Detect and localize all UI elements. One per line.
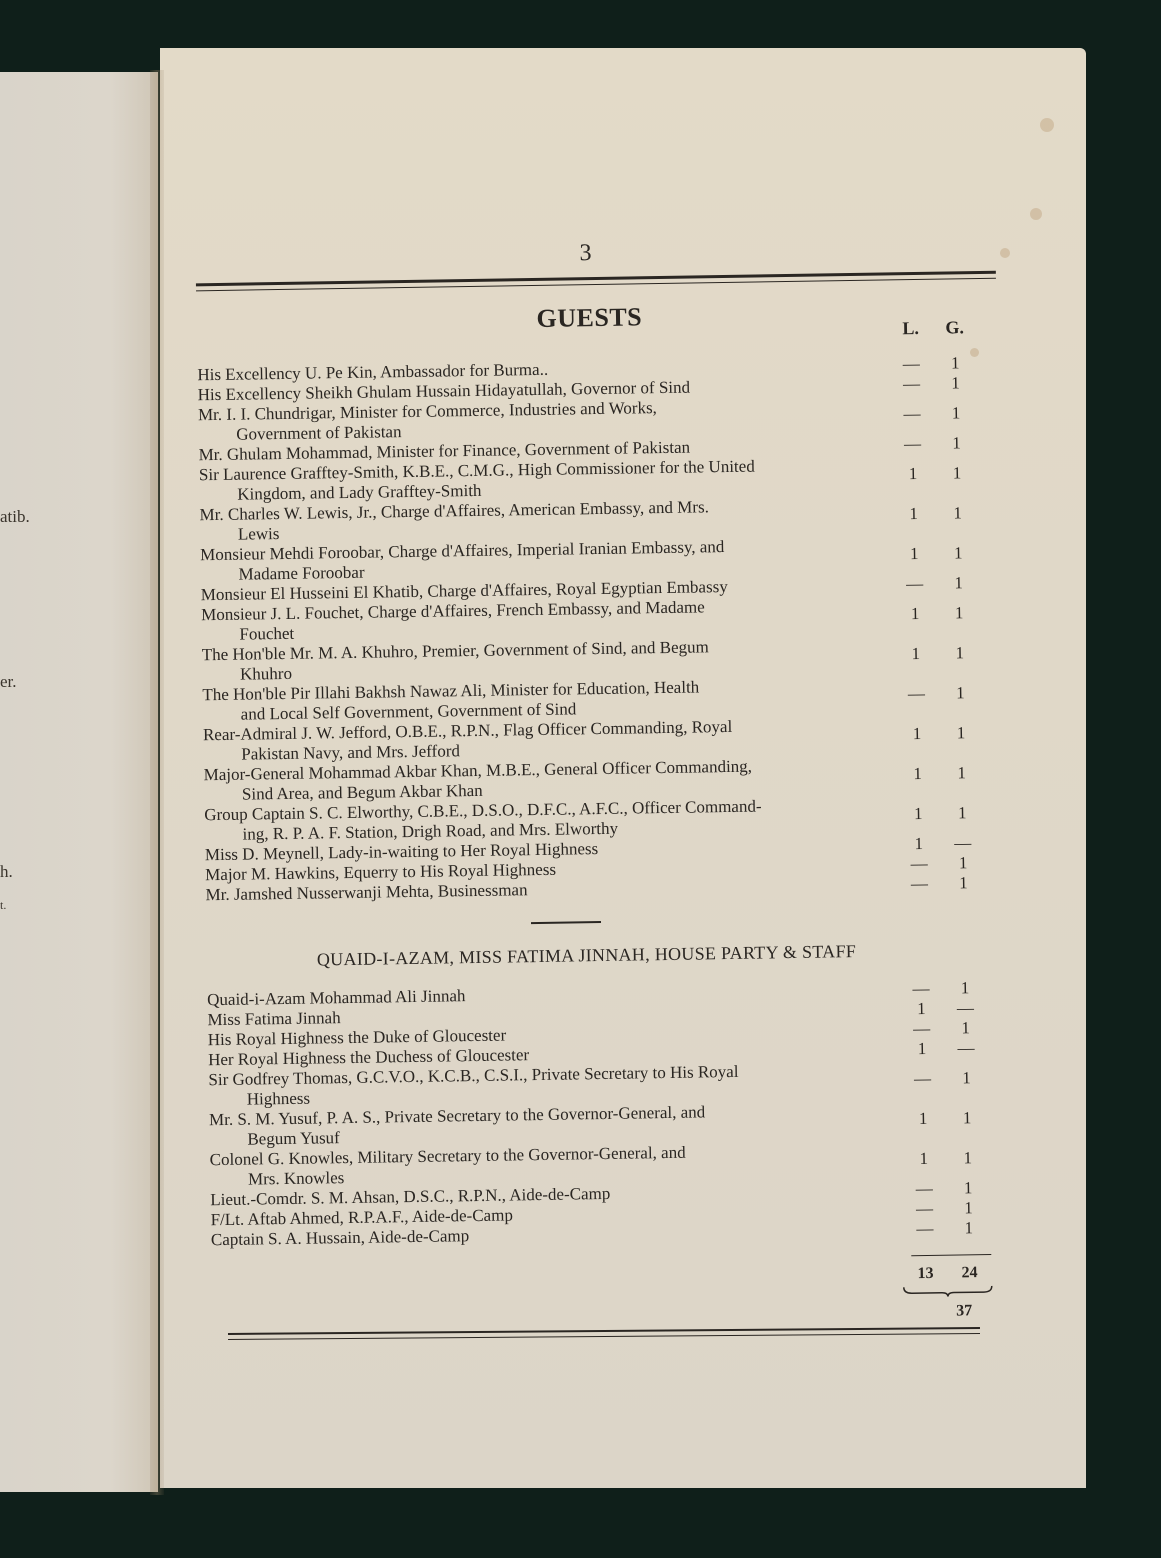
count-g: 1	[933, 353, 977, 374]
paper-stain	[1000, 248, 1010, 258]
count-g: 1	[935, 503, 979, 524]
total-g: 24	[947, 1264, 991, 1283]
house-party-list: Quaid-i-Azam Mohammad Ali Jinnah—1Miss F…	[207, 978, 1011, 1251]
entry-counts: 11	[893, 603, 981, 624]
entry-counts: —1	[897, 873, 985, 894]
count-g: 1	[939, 723, 983, 744]
count-l: 1	[891, 504, 935, 525]
count-l: —	[890, 434, 934, 455]
count-l: —	[902, 1199, 946, 1220]
count-g: 1	[941, 853, 985, 874]
entry-counts: —1	[889, 373, 977, 394]
entry-counts: 11	[891, 503, 979, 524]
entry-counts: 11	[896, 763, 984, 784]
entry-counts: —1	[902, 1198, 990, 1219]
count-l: 1	[894, 644, 938, 665]
left-page-fragment: t.	[0, 898, 6, 913]
count-g: 1	[934, 403, 978, 424]
count-g: 1	[933, 373, 977, 394]
count-l: 1	[891, 464, 935, 485]
count-g: 1	[938, 683, 982, 704]
left-page: atib. er. h. t.	[0, 72, 158, 1492]
section-title-house-party: QUAID-I-AZAM, MISS FATIMA JINNAH, HOUSE …	[186, 939, 986, 973]
guests-list: His Excellency U. Pe Kin, Ambassador for…	[197, 353, 1005, 905]
entry-counts: —1	[890, 433, 978, 454]
entry-counts: —1	[889, 353, 977, 374]
entry-counts: —1	[902, 1178, 990, 1199]
top-rule	[196, 271, 996, 292]
count-l: —	[900, 1069, 944, 1090]
count-g: 1	[940, 803, 984, 824]
count-l: —	[899, 979, 943, 1000]
left-page-fragment: h.	[0, 862, 13, 882]
count-l: 1	[897, 834, 941, 855]
count-l: 1	[902, 1149, 946, 1170]
count-g: 1	[940, 763, 984, 784]
count-g: 1	[946, 1198, 990, 1219]
entry-counts: 11	[894, 643, 982, 664]
totals-values: 1324	[903, 1264, 991, 1283]
entry-counts: 11	[902, 1148, 990, 1169]
count-g: 1	[936, 543, 980, 564]
entry-counts: —1	[900, 1018, 988, 1039]
count-l: 1	[892, 544, 936, 565]
count-g: —	[941, 833, 985, 854]
document-body: 3 GUESTS L.G. His Excellency U. Pe Kin, …	[195, 234, 1012, 1350]
count-l: —	[897, 854, 941, 875]
count-g: 1	[934, 433, 978, 454]
entry-counts: —1	[893, 573, 981, 594]
brace-icon	[902, 1284, 994, 1297]
column-headers: L.G.	[889, 317, 977, 339]
column-header-l: L.	[889, 318, 933, 340]
entry-counts: —1	[903, 1218, 991, 1239]
left-page-fragment: er.	[0, 672, 17, 692]
count-l: 1	[901, 1109, 945, 1130]
paper-stain	[1040, 118, 1054, 132]
section-divider	[531, 921, 601, 924]
entry-counts: —1	[897, 853, 985, 874]
entry-counts: 1—	[897, 833, 985, 854]
entry-text: Mr. Jamshed Nusserwanji Mehta, Businessm…	[205, 880, 527, 904]
count-g: 1	[935, 463, 979, 484]
book-spine	[150, 70, 164, 1495]
count-g: 1	[938, 643, 982, 664]
count-l: —	[900, 1019, 944, 1040]
count-l: 1	[896, 804, 940, 825]
count-g: —	[944, 1038, 988, 1059]
count-g: 1	[937, 603, 981, 624]
grand-total: 37	[956, 1302, 972, 1320]
entry-counts: 1—	[899, 998, 987, 1019]
entry-counts: 11	[892, 543, 980, 564]
count-g: —	[943, 998, 987, 1019]
count-g: 1	[945, 1108, 989, 1129]
count-l: 1	[899, 999, 943, 1020]
entry-text: Captain S. A. Hussain, Aide-de-Camp	[211, 1226, 470, 1249]
entry-counts: —1	[894, 683, 982, 704]
count-g: 1	[946, 1148, 990, 1169]
section-title-guests: GUESTS	[536, 302, 642, 334]
count-l: —	[893, 574, 937, 595]
count-l: 1	[896, 764, 940, 785]
count-l: —	[903, 1219, 947, 1240]
count-g: 1	[937, 573, 981, 594]
count-l: —	[890, 404, 934, 425]
entry-counts: 11	[895, 723, 983, 744]
totals-rule	[911, 1254, 991, 1256]
count-l: —	[902, 1179, 946, 1200]
entry-text: Miss Fatima Jinnah	[207, 1008, 340, 1029]
count-g: 1	[944, 1068, 988, 1089]
count-l: 1	[895, 724, 939, 745]
entry-counts: —1	[890, 403, 978, 424]
count-l: —	[889, 354, 933, 375]
count-l: —	[889, 374, 933, 395]
count-g: 1	[944, 1018, 988, 1039]
count-l: —	[894, 684, 938, 705]
count-l: 1	[893, 604, 937, 625]
count-g: 1	[946, 1178, 990, 1199]
count-l: —	[897, 874, 941, 895]
entry-counts: —1	[900, 1068, 988, 1089]
count-g: 1	[947, 1218, 991, 1239]
count-g: 1	[941, 873, 985, 894]
entry-counts: 11	[901, 1108, 989, 1129]
count-g: 1	[943, 978, 987, 999]
paper-stain	[1030, 208, 1042, 220]
total-l: 13	[903, 1265, 947, 1284]
column-header-g: G.	[933, 317, 977, 339]
entry-counts: 11	[891, 463, 979, 484]
entry-counts: —1	[899, 978, 987, 999]
entry-counts: 1—	[900, 1038, 988, 1059]
count-l: 1	[900, 1039, 944, 1060]
left-page-fragment: atib.	[0, 507, 30, 527]
entry-counts: 11	[896, 803, 984, 824]
